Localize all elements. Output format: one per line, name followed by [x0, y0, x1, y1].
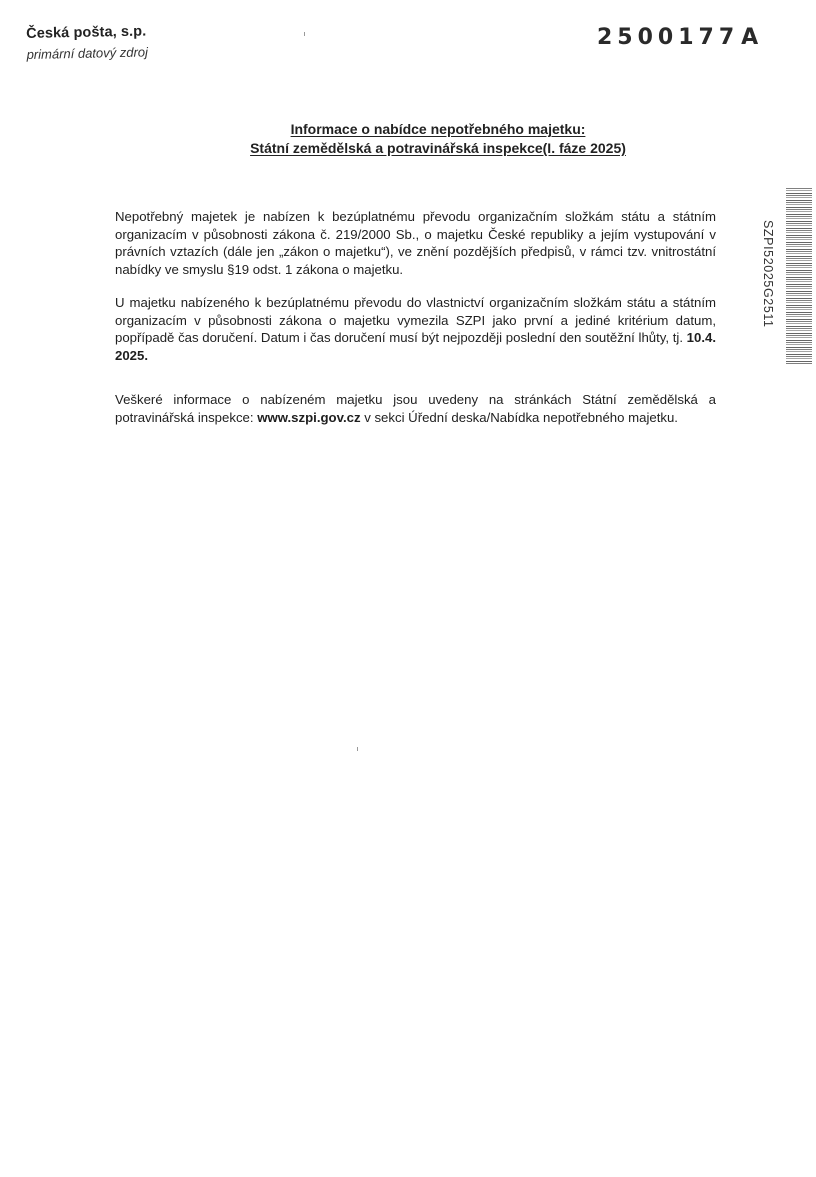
document-number-digits: 2500177 [597, 25, 739, 50]
sender-subtitle: primární datový zdroj [26, 44, 148, 62]
scan-speck [357, 747, 358, 751]
document-number: 2500177A [597, 25, 763, 50]
paragraph-criteria: U majetku nabízeného k bezúplatnému přev… [115, 294, 716, 364]
sender-block: Česká pošta, s.p. primární datový zdroj [26, 23, 148, 62]
paragraph-more-info: Veškeré informace o nabízeném majetku js… [115, 391, 716, 426]
title-line-2: Státní zemědělská a potravinářská inspek… [0, 139, 816, 158]
title-line-1: Informace o nabídce nepotřebného majetku… [0, 120, 816, 139]
document-body: Nepotřebný majetek je nabízen k bezúplat… [115, 208, 716, 442]
criteria-text: U majetku nabízeného k bezúplatnému přev… [115, 295, 716, 345]
barcode-label [786, 188, 812, 364]
scan-speck [304, 32, 305, 36]
document-number-suffix: A [741, 25, 763, 50]
paragraph-transfer-offer: Nepotřebný majetek je nabízen k bezúplat… [115, 208, 716, 278]
sender-name: Česká pošta, s.p. [26, 23, 148, 42]
barcode-text: SZPI52025G2511 [759, 220, 775, 360]
document-title: Informace o nabídce nepotřebného majetku… [0, 120, 816, 158]
website-link[interactable]: www.szpi.gov.cz [257, 410, 360, 425]
info-text-after: v sekci Úřední deska/Nabídka nepotřebnéh… [361, 410, 678, 425]
